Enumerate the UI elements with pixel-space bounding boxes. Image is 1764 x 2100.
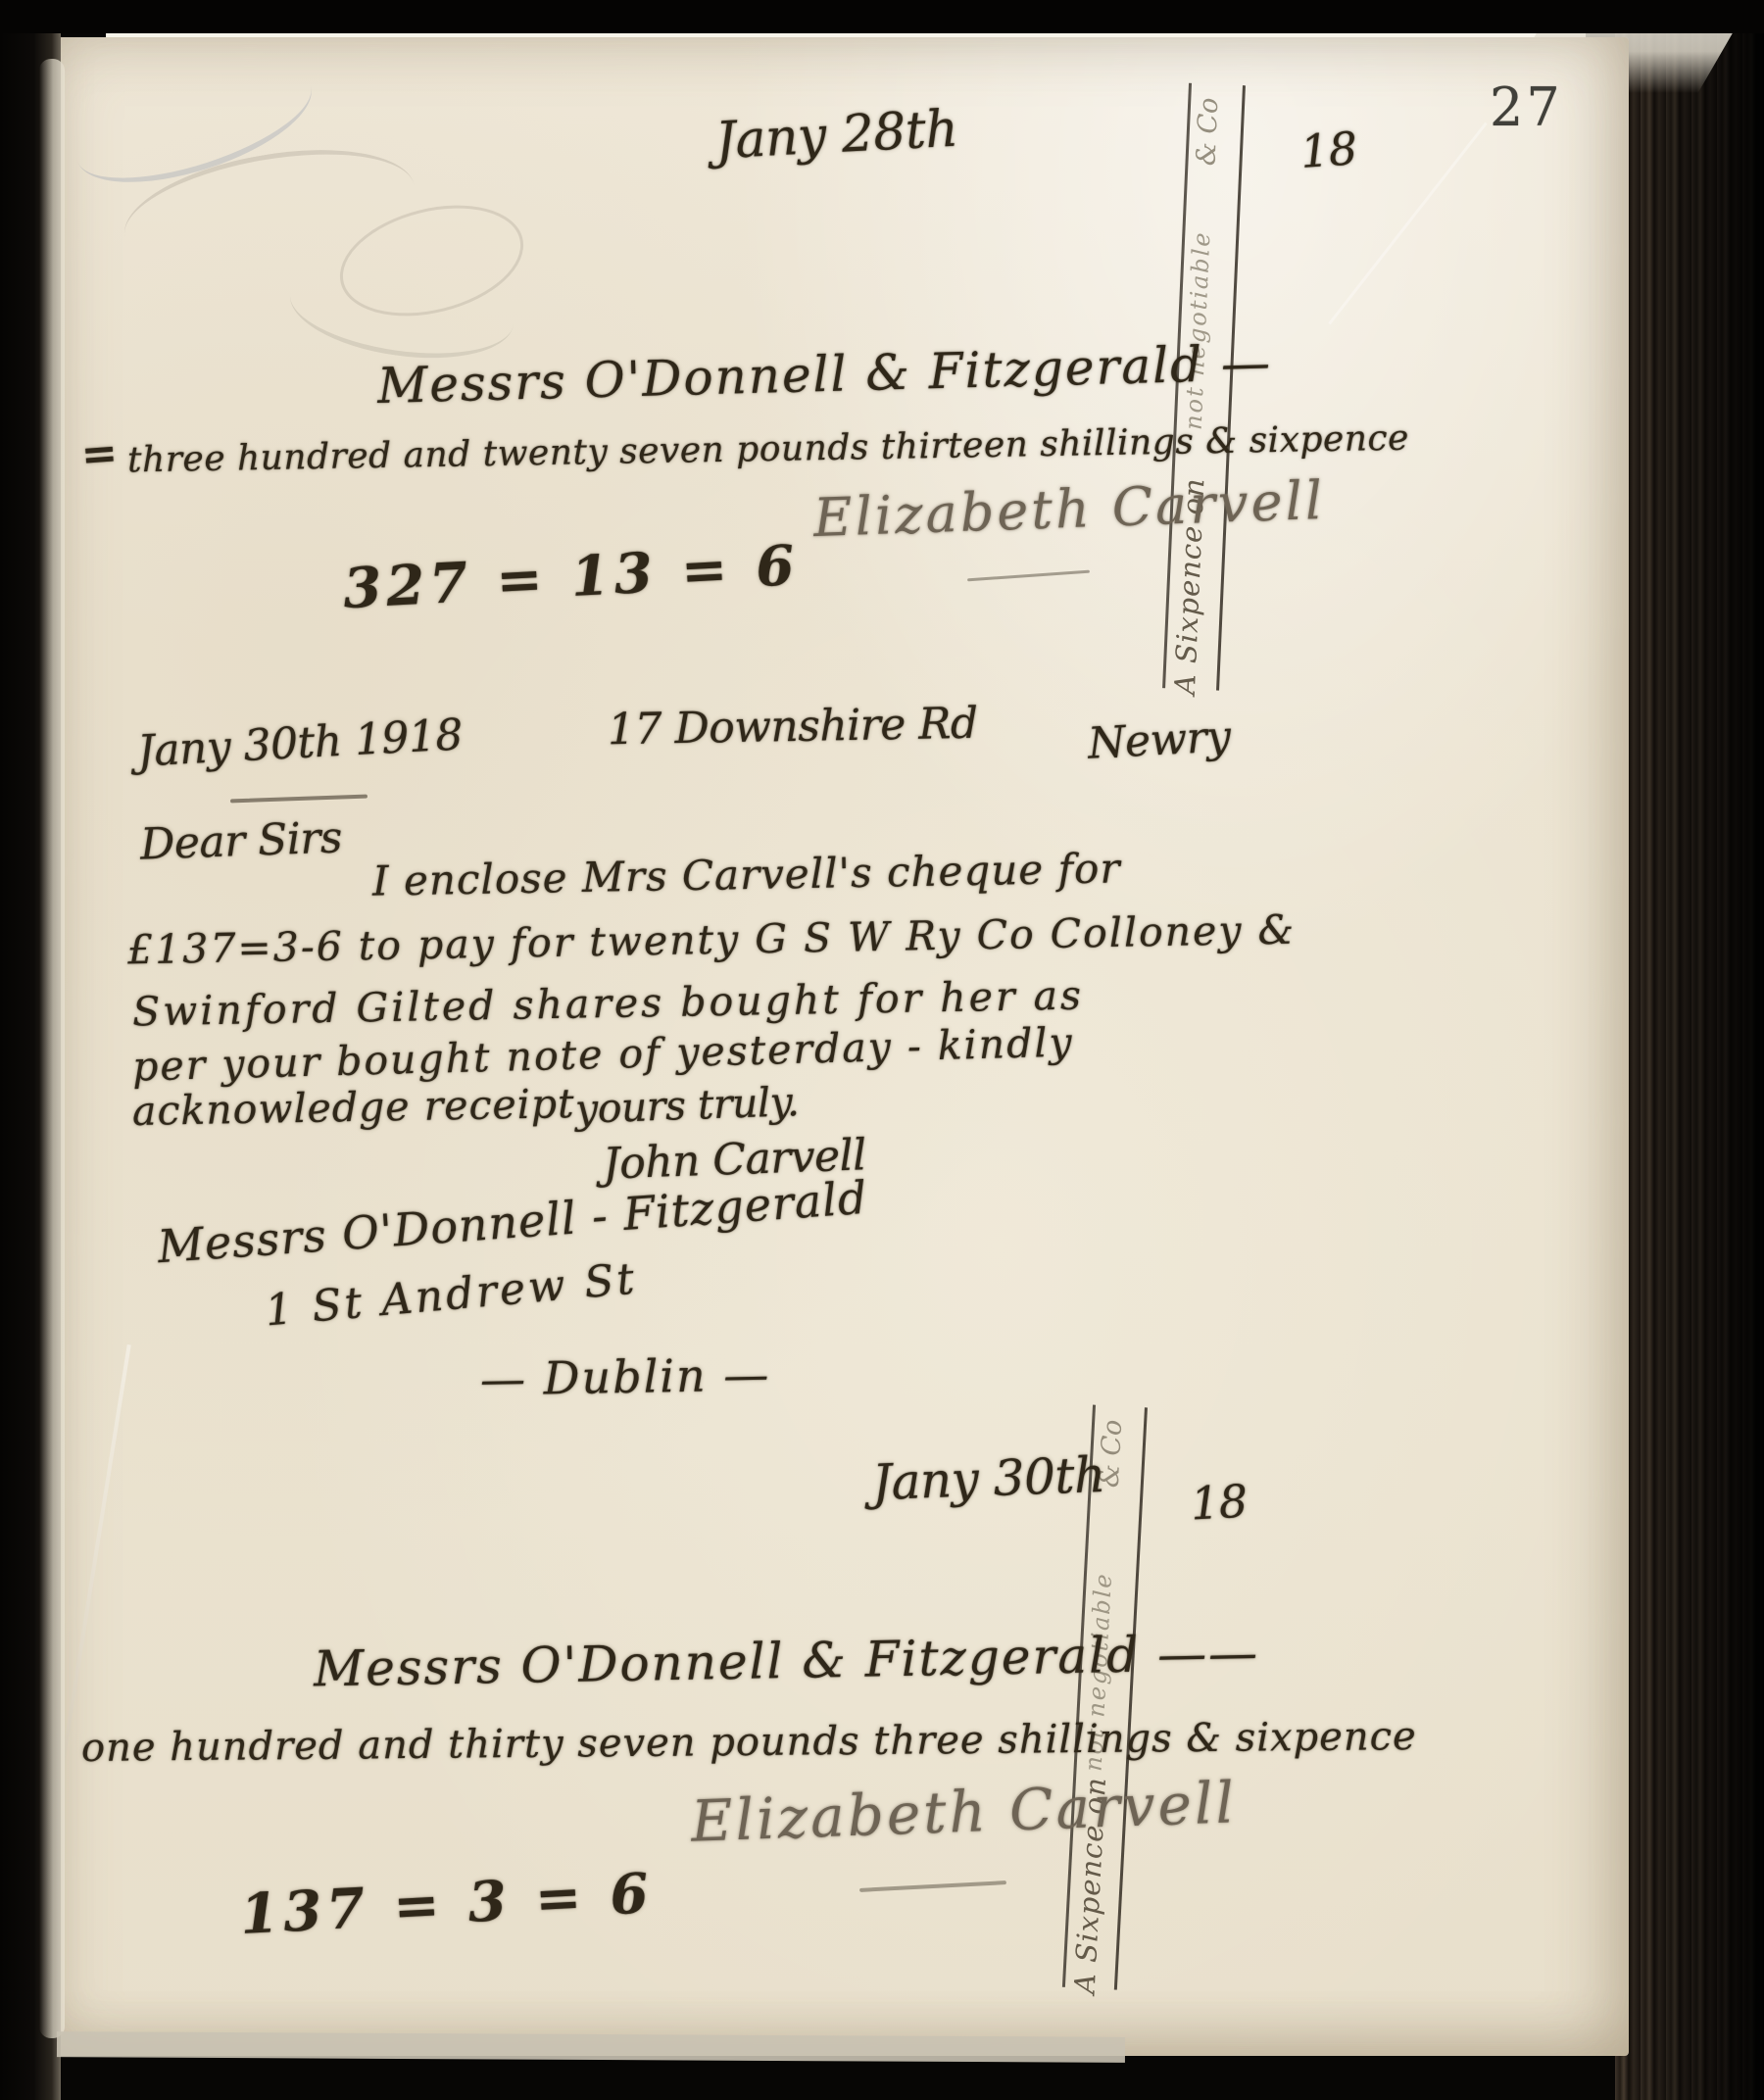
entry1-year: 18 (1298, 122, 1358, 178)
entry2-year: 18 (1190, 1475, 1249, 1531)
letter-valediction: yours truly. (574, 1078, 800, 1133)
letter-body-line: I enclose Mrs Carvell's cheque for (372, 844, 1121, 904)
letter-address: 17 Downshire Rd (608, 699, 978, 756)
scan-background-top (0, 0, 1764, 33)
page-number: 27 (1490, 76, 1563, 138)
recipient-line: — Dublin — (480, 1347, 771, 1405)
signature-underline (967, 570, 1090, 582)
ghost-scribble (115, 130, 423, 292)
letter-salutation: Dear Sirs (139, 812, 343, 869)
entry1-signature: Elizabeth Carvell (812, 469, 1326, 549)
entry1-amount-prefix: = (79, 428, 119, 480)
entry1-payee: Messrs O'Donnell & Fitzgerald — (376, 334, 1272, 415)
crossing1-company: & Co (1191, 97, 1224, 167)
entry1-amount-figures: 327 = 13 = 6 (342, 533, 801, 621)
entry2-date: Jany 30th (871, 1446, 1106, 1511)
entry2-amount-figures: 137 = 3 = 6 (239, 1861, 656, 1947)
signature-underline (859, 1880, 1006, 1892)
letter-body-line: £137=3-6 to pay for twenty G S W Ry Co C… (127, 906, 1297, 974)
page-left-edge (39, 59, 65, 2038)
letter-body-line: acknowledge receipt (132, 1080, 575, 1135)
ghost-scribble (284, 247, 520, 370)
recipient-line: Messrs O'Donnell - Fitzgerald (156, 1171, 869, 1274)
entry2-amount-words: one hundred and thirty seven pounds thre… (81, 1714, 1417, 1771)
ghost-stamp-oval (328, 187, 535, 333)
book-page-edges (1615, 0, 1764, 2100)
ghost-scribble (63, 41, 324, 207)
crossing1-not-negotiable: not negotiable (1180, 230, 1216, 431)
recipient-line: 1 St Andrew St (264, 1254, 640, 1337)
letter-town: Newry (1087, 711, 1232, 769)
page-bottom-edge (57, 2031, 1125, 2063)
letter-date-underline (230, 795, 367, 804)
entry2-signature: Elizabeth Carvell (690, 1769, 1238, 1854)
entry1-date: Jany 28th (714, 100, 959, 171)
letter-book-page: 27 Jany 28th 18 & Co not negotiable A Si… (54, 37, 1629, 2056)
ledger-scan: 27 Jany 28th 18 & Co not negotiable A Si… (0, 0, 1764, 2100)
letter-date: Jany 30th 1918 (136, 709, 464, 776)
